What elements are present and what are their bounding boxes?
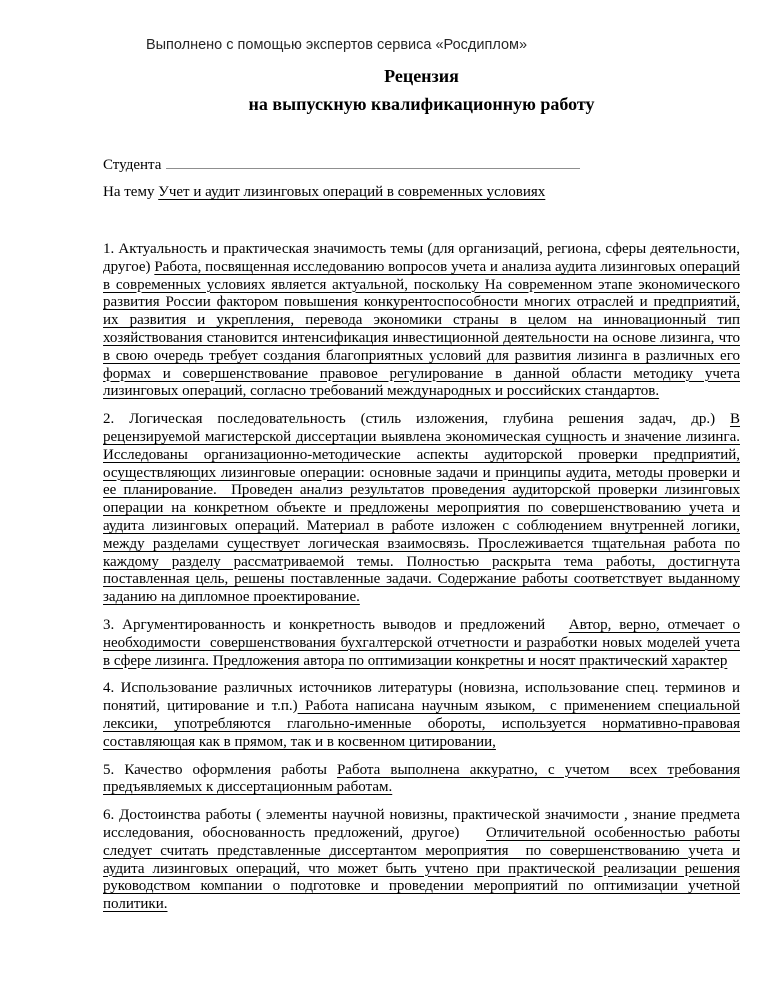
item-1-answer: Работа, посвященная исследованию вопросо… bbox=[103, 259, 740, 400]
review-item-4: 4. Использование различных источников ли… bbox=[103, 680, 740, 751]
review-title: Рецензия bbox=[103, 66, 740, 87]
student-label: Студента bbox=[103, 157, 161, 173]
review-subtitle: на выпускную квалификационную работу bbox=[103, 94, 740, 115]
item-2-answer: В рецензируемой магистерской диссертации… bbox=[103, 411, 740, 605]
item-5-question: 5. Качество оформления работы bbox=[103, 762, 337, 778]
review-item-3: 3. Аргументированность и конкретность вы… bbox=[103, 617, 740, 670]
student-line: Студента bbox=[103, 154, 740, 174]
topic-label: На тему bbox=[103, 184, 154, 200]
topic-line: На тему Учет и аудит лизинговых операций… bbox=[103, 183, 740, 201]
review-item-5: 5. Качество оформления работы Работа вып… bbox=[103, 762, 740, 798]
review-item-2: 2. Логическая последовательность (стиль … bbox=[103, 411, 740, 607]
topic-value: Учет и аудит лизинговых операций в совре… bbox=[158, 184, 545, 200]
review-item-6: 6. Достоинства работы ( элементы научной… bbox=[103, 807, 740, 914]
service-credit-line: Выполнено с помощью экспертов сервиса «Р… bbox=[103, 37, 740, 54]
student-blank-line bbox=[166, 154, 580, 169]
document-page: Выполнено с помощью экспертов сервиса «Р… bbox=[0, 0, 768, 994]
review-item-1: 1. Актуальность и практическая значимост… bbox=[103, 241, 740, 401]
item-2-question: 2. Логическая последовательность (стиль … bbox=[103, 411, 730, 427]
item-3-question: 3. Аргументированность и конкретность вы… bbox=[103, 617, 569, 633]
